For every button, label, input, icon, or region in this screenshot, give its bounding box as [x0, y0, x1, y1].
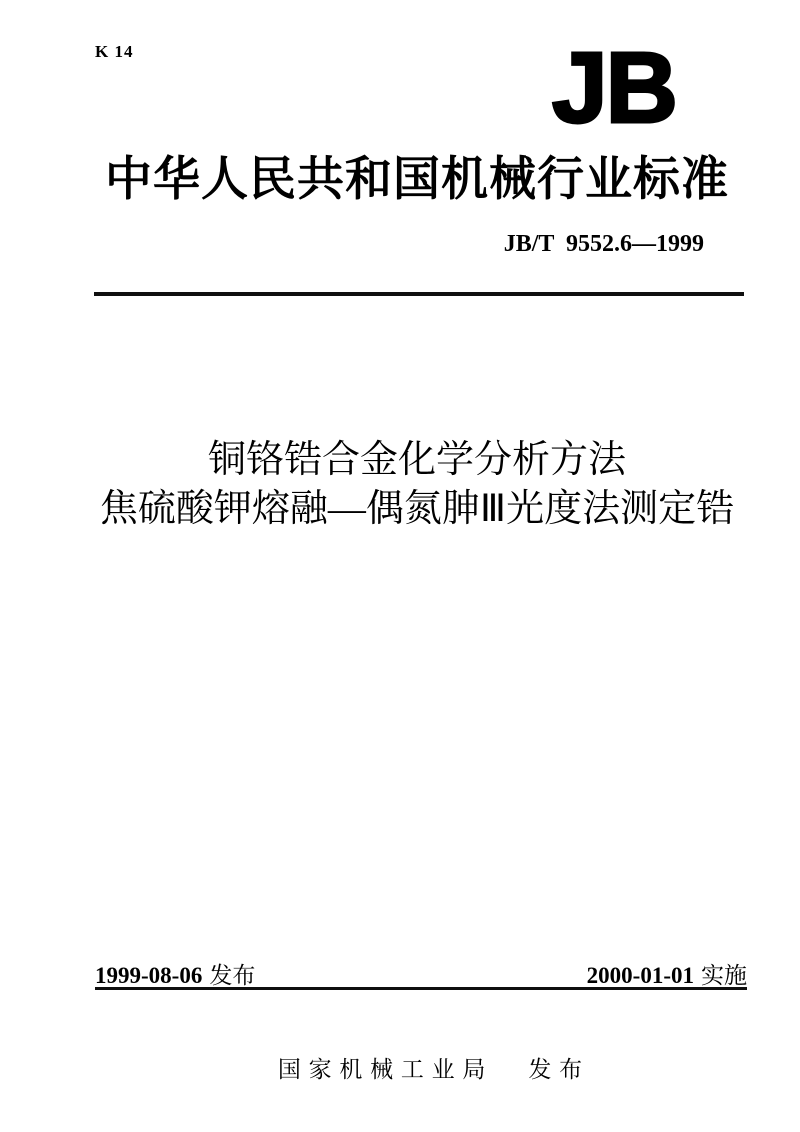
classification-code: K 14	[95, 42, 133, 62]
publisher-action: 发 布	[528, 1057, 583, 1082]
jb-logo: JB	[552, 38, 676, 138]
issue-label: 发布	[209, 963, 255, 988]
implementation-date-row: 2000-01-01实施	[587, 957, 747, 990]
issue-date: 1999-08-06	[95, 963, 202, 988]
bottom-rule	[95, 987, 747, 990]
publisher-row: 国 家 机 械 工 业 局发 布	[34, 1025, 800, 1110]
standard-cover-page: K 14 JB 中华人民共和国机械行业标准 JB/T 9552.6—1999 铜…	[0, 0, 800, 1132]
issue-date-row: 1999-08-06发布	[95, 957, 255, 990]
title-line-1: 铜铬锆合金化学分析方法	[34, 436, 800, 485]
org-heading: 中华人民共和国机械行业标准	[34, 152, 800, 206]
top-rule	[94, 292, 744, 296]
standard-title: 铜铬锆合金化学分析方法 焦硫酸钾熔融—偶氮胂Ⅲ光度法测定锆	[34, 436, 800, 534]
implementation-label: 实施	[701, 963, 747, 988]
implementation-date: 2000-01-01	[587, 963, 694, 988]
title-line-2: 焦硫酸钾熔融—偶氮胂Ⅲ光度法测定锆	[34, 485, 800, 534]
publisher-name: 国 家 机 械 工 业 局	[278, 1057, 487, 1082]
standard-number: JB/T 9552.6—1999	[504, 231, 704, 258]
